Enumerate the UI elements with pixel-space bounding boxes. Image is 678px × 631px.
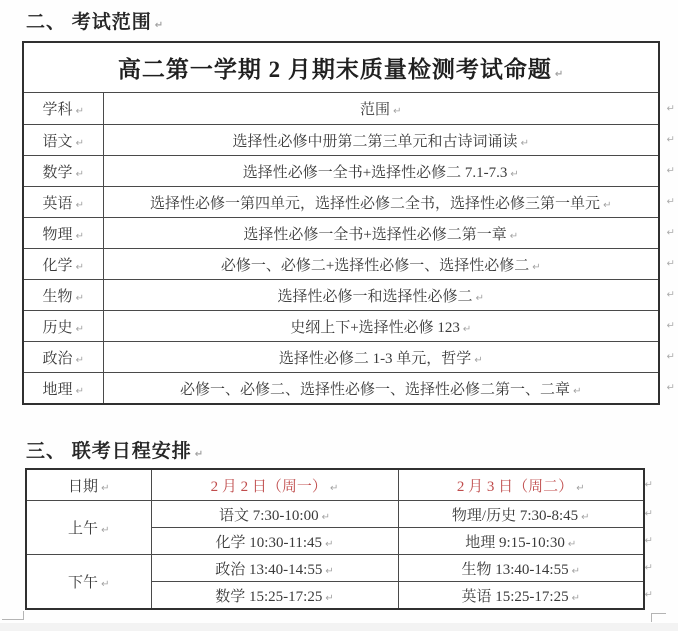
paragraph-mark-icon: ↵ [393,106,401,117]
paragraph-mark-icon: ↵ [510,169,518,180]
table-row: 地理↵ 必修一、必修二、选择性必修一、选择性必修二第一、二章↵↵ [23,373,659,405]
table-row: 数学↵ 选择性必修一全书+选择性必修二 7.1-7.3↵↵ [23,156,659,187]
exam-table-title: 高二第一学期 2 月期末质量检测考试命题↵ [23,42,659,93]
session-text: 数学 15:25-17:25 [215,589,322,605]
row-end-mark-icon: ↵ [667,290,675,301]
subject-text: 政治 [43,351,73,367]
row-end-mark-icon: ↵ [667,103,675,114]
row-end-mark-icon: ↵ [645,563,653,574]
table-row: 化学↵ 必修一、必修二+选择性必修一、选择性必修二↵↵ [23,249,659,280]
session-cell: 生物 13:40-14:55↵↵ [398,555,644,582]
subject-text: 英语 [43,196,73,212]
section-heading-schedule: 三、 联考日程安排↵ [26,436,204,463]
scope-cell: 史纲上下+选择性必修 123↵↵ [103,311,659,342]
subject-text: 数学 [43,165,73,181]
table-row: 语文↵ 选择性必修中册第二第三单元和古诗词诵读↵↵ [23,125,659,156]
afternoon-label-text: 下午 [68,575,98,591]
subject-cell: 历史↵ [23,311,103,342]
paragraph-mark-icon: ↵ [463,324,471,335]
paragraph-mark-icon: ↵ [76,138,84,149]
row-end-mark-icon: ↵ [645,509,653,520]
row-end-mark-icon: ↵ [667,197,675,208]
morning-label-text: 上午 [68,521,98,537]
paragraph-mark-icon: ↵ [76,293,84,304]
session-cell: 数学 15:25-17:25↵ [151,582,398,610]
table-row: 物理↵ 选择性必修一全书+选择性必修二第一章↵↵ [23,218,659,249]
paragraph-mark-icon: ↵ [532,262,540,273]
paragraph-mark-icon: ↵ [521,138,529,149]
date-label-text: 日期 [68,479,98,495]
section-heading-text: 二、 考试范围 [26,12,152,33]
paragraph-mark-icon: ↵ [325,539,333,550]
paragraph-mark-icon: ↵ [76,386,84,397]
subject-text: 物理 [43,227,73,243]
scope-text: 选择性必修一和选择性必修二 [278,289,473,305]
exam-table-header-row: 学科↵ 范围↵↵ [23,93,659,125]
scope-cell: 选择性必修二 1-3 单元，哲学↵↵ [103,342,659,373]
subject-cell: 数学↵ [23,156,103,187]
paragraph-mark-icon: ↵ [325,566,333,577]
row-end-mark-icon: ↵ [667,259,675,270]
paragraph-mark-icon: ↵ [568,539,576,550]
paragraph-mark-icon: ↵ [76,106,84,117]
scope-header-text: 范围 [360,102,390,118]
row-end-mark-icon: ↵ [667,383,675,394]
day2-header-cell: 2 月 3 日（周二）↵↵ [398,469,644,501]
paragraph-mark-icon: ↵ [576,483,584,494]
scope-text: 选择性必修中册第二第三单元和古诗词诵读 [233,134,518,150]
session-text: 化学 10:30-11:45 [216,535,323,551]
scope-text: 史纲上下+选择性必修 123 [290,320,460,336]
table-row: 英语↵ 选择性必修一第四单元，选择性必修二全书，选择性必修三第一单元↵↵ [23,187,659,218]
row-end-mark-icon: ↵ [667,321,675,332]
scope-text: 必修一、必修二+选择性必修一、选择性必修二 [221,258,529,274]
subject-header-cell: 学科↵ [23,93,103,125]
table-row: 历史↵ 史纲上下+选择性必修 123↵↵ [23,311,659,342]
paragraph-mark-icon: ↵ [573,386,581,397]
session-text: 生物 13:40-14:55 [462,562,569,578]
subject-cell: 语文↵ [23,125,103,156]
subject-cell: 化学↵ [23,249,103,280]
paragraph-mark-icon: ↵ [101,525,109,536]
scope-cell: 选择性必修中册第二第三单元和古诗词诵读↵↵ [103,125,659,156]
text-boundary-corner-icon [2,611,24,620]
session-text: 物理/历史 7:30-8:45 [452,508,578,524]
session-cell: 政治 13:40-14:55↵ [151,555,398,582]
paragraph-mark-icon: ↵ [572,566,580,577]
scope-cell: 选择性必修一和选择性必修二↵↵ [103,280,659,311]
exam-schedule-table: 日期↵ 2 月 2 日（周一）↵ 2 月 3 日（周二）↵↵ 上午↵ 语文 7:… [25,468,645,610]
table-row: 生物↵ 选择性必修一和选择性必修二↵↵ [23,280,659,311]
scope-cell: 选择性必修一全书+选择性必修二 7.1-7.3↵↵ [103,156,659,187]
subject-text: 语文 [43,134,73,150]
paragraph-mark-icon: ↵ [510,231,518,242]
scope-text: 选择性必修一第四单元，选择性必修二全书，选择性必修三第一单元 [150,196,600,212]
session-cell: 物理/历史 7:30-8:45↵↵ [398,501,644,528]
afternoon-label-cell: 下午↵ [26,555,151,610]
table-row: 政治↵ 选择性必修二 1-3 单元，哲学↵↵ [23,342,659,373]
section-heading-text: 三、 联考日程安排 [26,441,192,462]
paragraph-mark-icon: ↵ [603,200,611,211]
session-cell: 化学 10:30-11:45↵ [151,528,398,555]
day2-header-text: 2 月 3 日（周二） [457,479,573,495]
paragraph-mark-icon: ↵ [581,512,589,523]
scope-text: 选择性必修一全书+选择性必修二第一章 [243,227,506,243]
paragraph-mark-icon: ↵ [195,449,204,460]
paragraph-mark-icon: ↵ [76,169,84,180]
session-text: 政治 13:40-14:55 [215,562,322,578]
scope-header-cell: 范围↵↵ [103,93,659,125]
scope-cell: 必修一、必修二、选择性必修一、选择性必修二第一、二章↵↵ [103,373,659,405]
row-end-mark-icon: ↵ [645,536,653,547]
document-page: 二、 考试范围↵ 高二第一学期 2 月期末质量检测考试命题↵ 学科↵ 范围↵↵ … [0,0,678,631]
scope-cell: 选择性必修一第四单元，选择性必修二全书，选择性必修三第一单元↵↵ [103,187,659,218]
morning-label-cell: 上午↵ [26,501,151,555]
subject-cell: 英语↵ [23,187,103,218]
page-edge-shadow [0,623,678,631]
paragraph-mark-icon: ↵ [476,293,484,304]
paragraph-mark-icon: ↵ [76,200,84,211]
row-end-mark-icon: ↵ [667,166,675,177]
paragraph-mark-icon: ↵ [325,593,333,604]
scope-text: 选择性必修一全书+选择性必修二 7.1-7.3 [243,165,508,181]
text-boundary-corner-icon [651,613,666,622]
subject-header-text: 学科 [43,102,73,118]
session-cell: 语文 7:30-10:00↵ [151,501,398,528]
day1-header-text: 2 月 2 日（周一） [211,479,327,495]
day1-header-cell: 2 月 2 日（周一）↵ [151,469,398,501]
paragraph-mark-icon: ↵ [76,355,84,366]
row-end-mark-icon: ↵ [645,480,653,491]
session-text: 语文 7:30-10:00 [219,508,319,524]
paragraph-mark-icon: ↵ [330,483,338,494]
subject-cell: 政治↵ [23,342,103,373]
subject-cell: 地理↵ [23,373,103,405]
paragraph-mark-icon: ↵ [555,69,564,80]
subject-text: 化学 [43,258,73,274]
schedule-header-row: 日期↵ 2 月 2 日（周一）↵ 2 月 3 日（周二）↵↵ [26,469,644,501]
paragraph-mark-icon: ↵ [322,512,330,523]
table-row: 下午↵ 政治 13:40-14:55↵ 生物 13:40-14:55↵↵ [26,555,644,582]
table-row: 上午↵ 语文 7:30-10:00↵ 物理/历史 7:30-8:45↵↵ [26,501,644,528]
paragraph-mark-icon: ↵ [76,262,84,273]
scope-cell: 选择性必修一全书+选择性必修二第一章↵↵ [103,218,659,249]
exam-table-title-row: 高二第一学期 2 月期末质量检测考试命题↵ [23,42,659,93]
subject-text: 生物 [43,289,73,305]
paragraph-mark-icon: ↵ [572,593,580,604]
subject-cell: 生物↵ [23,280,103,311]
session-cell: 英语 15:25-17:25↵↵ [398,582,644,610]
paragraph-mark-icon: ↵ [76,231,84,242]
section-heading-exam-scope: 二、 考试范围↵ [26,7,164,34]
subject-text: 地理 [43,382,73,398]
exam-scope-table: 高二第一学期 2 月期末质量检测考试命题↵ 学科↵ 范围↵↵ 语文↵ 选择性必修… [22,41,660,405]
scope-cell: 必修一、必修二+选择性必修一、选择性必修二↵↵ [103,249,659,280]
scope-text: 必修一、必修二、选择性必修一、选择性必修二第一、二章 [180,382,570,398]
paragraph-mark-icon: ↵ [76,324,84,335]
paragraph-mark-icon: ↵ [474,355,482,366]
subject-cell: 物理↵ [23,218,103,249]
session-cell: 地理 9:15-10:30↵↵ [398,528,644,555]
row-end-mark-icon: ↵ [667,135,675,146]
session-text: 地理 9:15-10:30 [465,535,565,551]
paragraph-mark-icon: ↵ [155,20,164,31]
scope-text: 选择性必修二 1-3 单元，哲学 [279,351,472,367]
date-label-cell: 日期↵ [26,469,151,501]
row-end-mark-icon: ↵ [645,590,653,601]
row-end-mark-icon: ↵ [667,228,675,239]
row-end-mark-icon: ↵ [667,352,675,363]
subject-text: 历史 [43,320,73,336]
exam-table-title-text: 高二第一学期 2 月期末质量检测考试命题 [118,57,552,82]
paragraph-mark-icon: ↵ [101,579,109,590]
session-text: 英语 15:25-17:25 [462,589,569,605]
paragraph-mark-icon: ↵ [101,483,109,494]
